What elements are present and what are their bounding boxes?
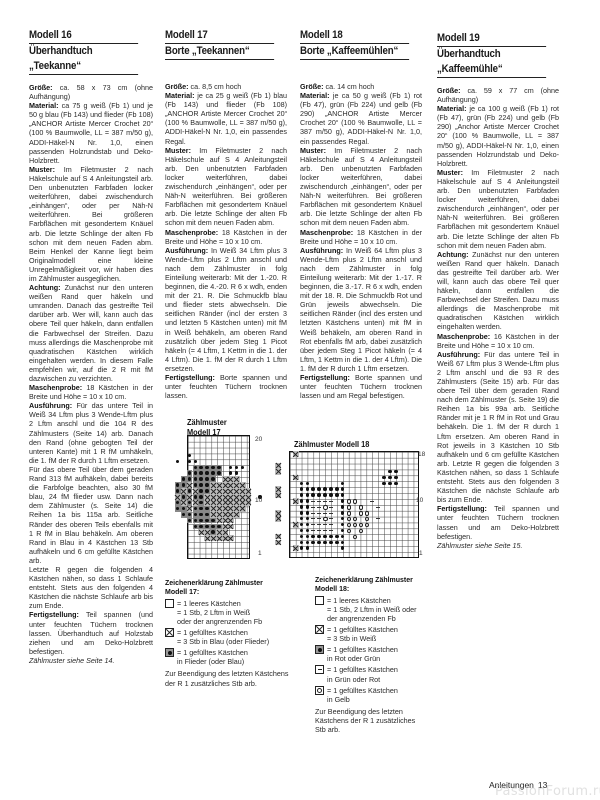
- watermark: PassionForum.ru: [495, 784, 600, 799]
- chart-cell-icon: [375, 516, 381, 522]
- instruction-label: Ausführung:: [437, 350, 480, 359]
- model-title-line-2: „Teekanne“: [29, 59, 138, 75]
- chart-cell-icon: [275, 540, 281, 546]
- instruction-paragraph: Muster: Im Filetmuster 2 nach Häkelschul…: [300, 146, 422, 228]
- instruction-label: Größe:: [29, 83, 53, 92]
- instruction-text: Letzte R gegen die folgenden 4 Kästchen …: [29, 565, 153, 610]
- model-title-line-1: Überhandtuch: [437, 47, 544, 62]
- legend-footer: Zur Beendigung des letzten Kästchens der…: [165, 669, 297, 687]
- model-number: Modell 16: [29, 28, 138, 44]
- instruction-paragraph: Ausführung: In Weiß 34 Lftm plus 3 Wende…: [165, 246, 287, 373]
- chart-cell-icon: [293, 451, 299, 457]
- legend-text: = 1 leeres Kästchen = 1 Stb, 2 Lftm in W…: [177, 599, 297, 626]
- instructions-modell-18: Größe: ca. 14 cm hochMaterial: je ca 50 …: [300, 82, 422, 400]
- instruction-paragraph: Maschenprobe: 18 Kästchen in der Breite …: [300, 228, 422, 246]
- instruction-text: ca. 14 cm hoch: [324, 82, 375, 91]
- legend-text: = 1 gefülltes Kästchen in Rot oder Grün: [327, 645, 425, 663]
- instruction-text: Im Filetmuster 2 nach Häkelschule auf S …: [165, 146, 287, 228]
- legend-text: = 1 gefülltes Kästchen in Flieder (oder …: [177, 648, 297, 666]
- instruction-label: Maschenprobe:: [437, 332, 490, 341]
- instruction-label: Muster:: [165, 146, 191, 155]
- chart-cell-icon: [275, 516, 281, 522]
- chart-cell-icon: [364, 522, 370, 528]
- chart-cell-icon: [246, 500, 252, 506]
- instruction-text: Im Filetmuster 2 nach Häkelschule auf S …: [300, 146, 422, 228]
- instruction-label: Maschenprobe:: [29, 383, 82, 392]
- legend-title: Zeichenerklärung Zählmuster Modell 18:: [315, 575, 416, 594]
- column-modell-18: Modell 18 Borte „Kaffeemühlen“ Größe: ca…: [300, 28, 422, 400]
- instruction-text: Zunächst nur den unteren weißen Rand que…: [29, 283, 153, 383]
- legend-item: = 1 gefülltes Kästchen in Rot oder Grün: [315, 645, 425, 663]
- column-modell-19: Modell 19 Überhandtuch „Kaffeemühle“ Grö…: [437, 28, 559, 550]
- instruction-text: Im Filetmuster 2 nach Häkelschule auf S …: [29, 165, 153, 283]
- instruction-text: ca 75 g weiß (Fb 1) und je 50 g blau (Fb…: [29, 101, 153, 165]
- instruction-paragraph: Maschenprobe: 18 Kästchen in der Breite …: [165, 228, 287, 246]
- instruction-text: je ca 100 g weiß (Fb 1) rot (Fb 47), grü…: [437, 104, 559, 168]
- instruction-label: Größe:: [165, 82, 189, 91]
- instruction-label: Achtung:: [29, 283, 61, 292]
- instruction-label: Material:: [300, 91, 330, 100]
- instruction-paragraph: Achtung: Zunächst nur den unteren weißen…: [437, 250, 559, 332]
- instruction-text: Im Filetmuster 2 nach Häkelschule auf S …: [437, 168, 559, 250]
- dot-square-icon: [315, 645, 324, 654]
- instruction-paragraph: Material: je ca 100 g weiß (Fb 1) rot (F…: [437, 104, 559, 168]
- instruction-paragraph: Material: je ca 25 g weiß (Fb 1) blau (F…: [165, 91, 287, 146]
- instruction-label: Ausführung:: [300, 246, 343, 255]
- legend-item: = 1 gefülltes Kästchen in Grün oder Rot: [315, 665, 425, 683]
- chart-cell-icon: [275, 469, 281, 475]
- instruction-label: Größe:: [437, 86, 461, 95]
- instruction-paragraph: Größe: ca. 14 cm hoch: [300, 82, 422, 91]
- model-number: Modell 17: [165, 28, 274, 44]
- model-number: Modell 18: [300, 28, 409, 44]
- row-label-top: 18: [418, 451, 425, 458]
- model-title-line-2: „Kaffeemühle“: [437, 62, 546, 78]
- instruction-paragraph: Ausführung: Für das untere Teil in Weiß …: [29, 401, 153, 465]
- legend-item: = 1 gefülltes Kästchen = 3 Stb in Weiß: [315, 625, 425, 643]
- chart-cell-icon: [375, 504, 381, 510]
- legend-text: = 1 gefülltes Kästchen in Grün oder Rot: [327, 665, 425, 683]
- chart-cell-icon: [322, 504, 328, 510]
- instruction-paragraph: Material: je ca 50 g weiß (Fb 1) rot (Fb…: [300, 91, 422, 146]
- chart-reference-note: Zählmuster siehe Seite 14.: [29, 656, 153, 665]
- chart-cell-icon: [240, 506, 246, 512]
- dash-square-icon: [315, 665, 324, 674]
- instruction-label: Ausführung:: [29, 401, 72, 410]
- model-number: Modell 19: [437, 31, 546, 47]
- column-modell-17: Modell 17 Borte „Teekannen“ Größe: ca. 8…: [165, 28, 287, 400]
- instruction-label: Muster:: [437, 168, 463, 177]
- instruction-paragraph: Größe: ca. 8,5 cm hoch: [165, 82, 287, 91]
- chart-cell-icon: [305, 545, 311, 551]
- instruction-paragraph: Muster: Im Filetmuster 2 nach Häkelschul…: [165, 146, 287, 228]
- legend-text: = 1 gefülltes Kästchen in Gelb: [327, 686, 425, 704]
- chart-cell-icon: [322, 516, 328, 522]
- instruction-text: je ca 50 g weiß (Fb 1) rot (Fb 47), grün…: [300, 91, 422, 145]
- chart-reference-note: Zählmuster siehe Seite 15.: [437, 541, 559, 550]
- chart-cell-icon: [228, 535, 234, 541]
- chart-cell-icon: [275, 492, 281, 498]
- chart-cell-icon: [352, 534, 358, 540]
- instruction-paragraph: Letzte R gegen die folgenden 4 Kästchen …: [29, 565, 153, 610]
- chart-cell-icon: [175, 459, 181, 465]
- instruction-paragraph: Für das obere Teil über dem geraden Rand…: [29, 465, 153, 565]
- instruction-label: Fertigstellung:: [300, 373, 350, 382]
- legend-modell-18: Zeichenerklärung Zählmuster Modell 18: =…: [315, 575, 425, 734]
- instruction-text: je ca 25 g weiß (Fb 1) blau (Fb 143) und…: [165, 91, 287, 145]
- legend-item: = 1 gefülltes Kästchen in Gelb: [315, 686, 425, 704]
- instruction-paragraph: Maschenprobe: 16 Kästchen in der Breite …: [437, 332, 559, 350]
- instruction-paragraph: Achtung: Zunächst nur den unteren weißen…: [29, 283, 153, 383]
- chart-title-modell-18: Zählmuster Modell 18: [294, 440, 369, 450]
- heading-modell-18: Modell 18 Borte „Kaffeemühlen“: [300, 28, 422, 60]
- instruction-paragraph: Material: ca 75 g weiß (Fb 1) und je 50 …: [29, 101, 153, 165]
- instruction-paragraph: Muster: Im Filetmuster 2 nach Häkelschul…: [29, 165, 153, 283]
- legend-item: = 1 gefülltes Kästchen in Flieder (oder …: [165, 648, 297, 666]
- instruction-label: Fertigstellung:: [165, 373, 215, 382]
- instruction-text: Für das obere Teil über dem geraden Rand…: [29, 465, 153, 565]
- legend-modell-17: Zeichenerklärung Zählmuster Modell 17: =…: [165, 578, 297, 688]
- legend-item: = 1 gefülltes Kästchen = 3 Stb in Blau (…: [165, 628, 297, 646]
- instruction-paragraph: Fertigstellung: Borte spannen und unter …: [300, 373, 422, 400]
- instruction-label: Maschenprobe:: [300, 228, 353, 237]
- chart-cell-icon: [234, 512, 240, 518]
- row-label-top: 20: [255, 436, 262, 443]
- instruction-label: Ausführung:: [165, 246, 208, 255]
- legend-footer: Zur Beendigung des letzten Kästchens der…: [315, 707, 425, 734]
- instruction-paragraph: Größe: ca. 59 x 77 cm (ohne Aufhängung): [437, 86, 559, 104]
- instruction-label: Muster:: [29, 165, 55, 174]
- instruction-text: In Weiß 64 Lftm plus 3 Wende-Lftm plus 2…: [300, 246, 422, 373]
- instructions-modell-17: Größe: ca. 8,5 cm hochMaterial: je ca 25…: [165, 82, 287, 400]
- cross-square-icon: [165, 628, 174, 637]
- heading-modell-17: Modell 17 Borte „Teekannen“: [165, 28, 287, 60]
- ring-square-icon: [315, 686, 324, 695]
- legend-text: = 1 leeres Kästchen = 1 Stb, 2 Lftm in W…: [327, 596, 425, 623]
- instruction-label: Größe:: [300, 82, 324, 91]
- model-title: Borte „Kaffeemühlen“: [300, 44, 409, 60]
- empty-square-icon: [165, 599, 174, 608]
- instruction-paragraph: Größe: ca. 58 x 73 cm (ohne Aufhängung): [29, 83, 153, 101]
- instruction-label: Material:: [29, 101, 59, 110]
- instruction-text: In Weiß 34 Lftm plus 3 Wende-Lftm plus 2…: [165, 246, 287, 373]
- chart-cell-icon: [393, 481, 399, 487]
- instruction-text: Zunächst nur den unteren weißen Rand que…: [437, 250, 559, 332]
- legend-item: = 1 leeres Kästchen = 1 Stb, 2 Lftm in W…: [165, 599, 297, 626]
- instruction-paragraph: Fertigstellung: Borte spannen und unter …: [165, 373, 287, 400]
- legend-item: = 1 leeres Kästchen = 1 Stb, 2 Lftm in W…: [315, 596, 425, 623]
- row-label-bottom: 1: [258, 550, 262, 557]
- chart-cell-icon: [340, 545, 346, 551]
- instruction-label: Material:: [437, 104, 467, 113]
- instruction-paragraph: Muster: Im Filetmuster 2 nach Häkelschul…: [437, 168, 559, 250]
- dot-square-icon: [165, 648, 174, 657]
- instruction-label: Achtung:: [437, 250, 469, 259]
- instructions-modell-19: Größe: ca. 59 x 77 cm (ohne Aufhängung)M…: [437, 86, 559, 541]
- chart-cell-icon: [240, 465, 246, 471]
- heading-modell-19: Modell 19 Überhandtuch „Kaffeemühle“: [437, 31, 559, 78]
- instruction-label: Muster:: [300, 146, 326, 155]
- stitch-chart-modell-18: [275, 451, 425, 558]
- instruction-text: Für das untere Teil in Weiß 34 Lftm plus…: [29, 401, 153, 465]
- instruction-label: Fertigstellung:: [437, 504, 487, 513]
- instruction-paragraph: Ausführung: In Weiß 64 Lftm plus 3 Wende…: [300, 246, 422, 373]
- model-title-line-1: Überhandtuch: [29, 44, 138, 59]
- cross-square-icon: [315, 625, 324, 634]
- instruction-text: ca. 8,5 cm hoch: [189, 82, 242, 91]
- instruction-label: Maschenprobe:: [165, 228, 218, 237]
- instruction-label: Material:: [165, 91, 195, 100]
- instruction-paragraph: Ausführung: Für das untere Teil in Weiß …: [437, 350, 559, 505]
- heading-modell-16: Modell 16 Überhandtuch „Teekanne“: [29, 28, 153, 75]
- chart-cell-icon: [228, 524, 234, 530]
- instruction-paragraph: Maschenprobe: 18 Kästchen in der Breite …: [29, 383, 153, 401]
- legend-text: = 1 gefülltes Kästchen = 3 Stb in Weiß: [327, 625, 425, 643]
- instruction-paragraph: Fertigstellung: Teil spannen und unter f…: [437, 504, 559, 540]
- chart-cell-icon: [358, 528, 364, 534]
- legend-text: = 1 gefülltes Kästchen = 3 Stb in Blau (…: [177, 628, 297, 646]
- instruction-label: Fertigstellung:: [29, 610, 79, 619]
- row-label-bottom: 1: [419, 550, 423, 557]
- model-title: Borte „Teekannen“: [165, 44, 274, 60]
- chart-title-line-1: Zählmuster: [187, 418, 227, 428]
- legend-items: = 1 leeres Kästchen = 1 Stb, 2 Lftm in W…: [315, 596, 425, 704]
- row-label-mid: 10: [416, 497, 423, 504]
- instruction-paragraph: Fertigstellung: Teil spannen (und unter …: [29, 610, 153, 655]
- column-modell-16: Modell 16 Überhandtuch „Teekanne“ Größe:…: [29, 28, 153, 665]
- row-label-mid: 10: [255, 497, 262, 504]
- legend-items: = 1 leeres Kästchen = 1 Stb, 2 Lftm in W…: [165, 599, 297, 667]
- empty-square-icon: [315, 596, 324, 605]
- legend-title: Zeichenerklärung Zählmuster Modell 17:: [165, 578, 286, 597]
- stitch-chart-modell-17: [163, 435, 263, 559]
- instruction-text: Für das untere Teil in Weiß 67 Lftm plus…: [437, 350, 559, 505]
- instructions-modell-16: Größe: ca. 58 x 73 cm (ohne Aufhängung)M…: [29, 83, 153, 656]
